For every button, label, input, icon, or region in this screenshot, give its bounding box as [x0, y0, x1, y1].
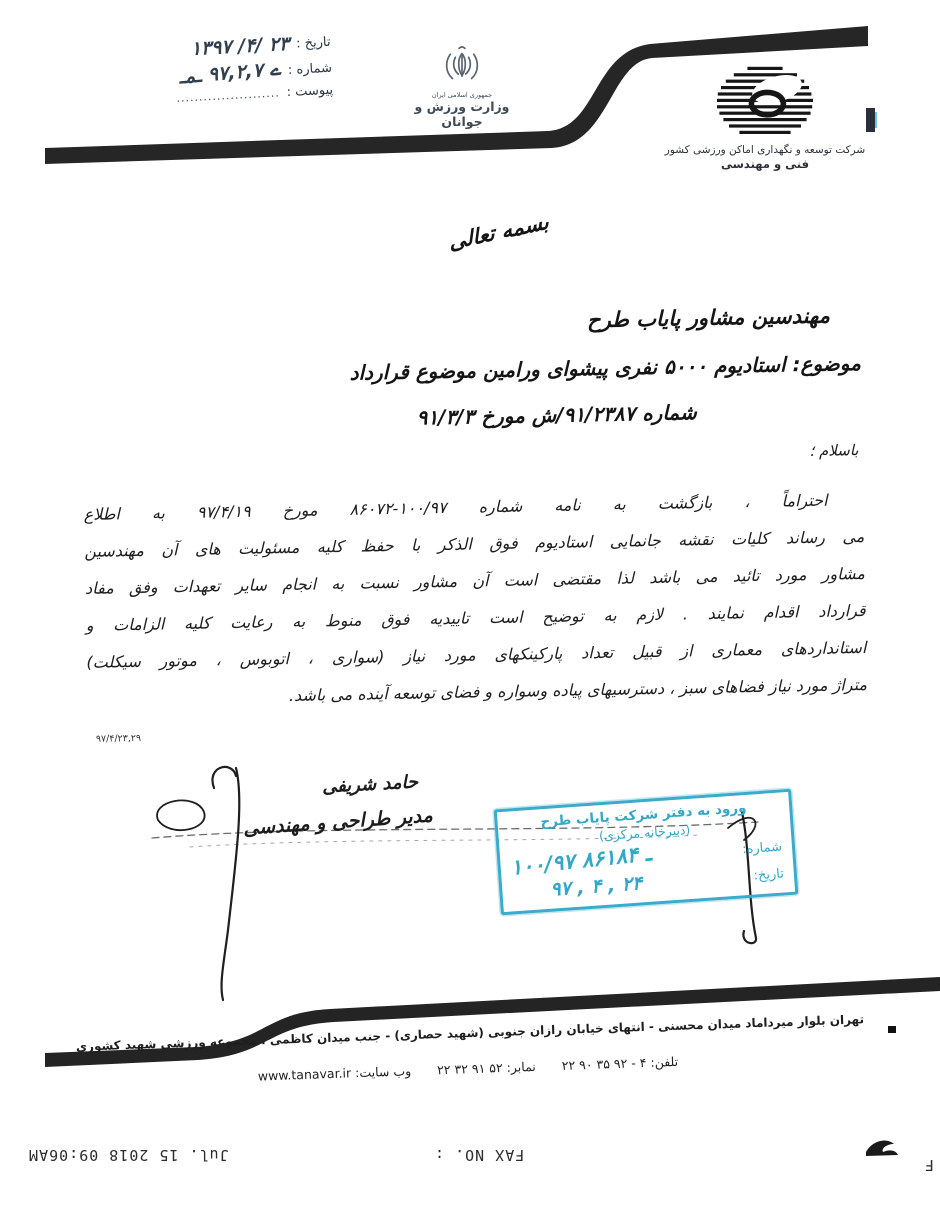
fax-scribble-mark — [866, 1141, 898, 1156]
scanned-letter-page: تاریخ : ۱۳۹۷ /۴/ ۲۳ شماره : ے ۹۷,۲,۷ ـمـ… — [0, 0, 940, 1228]
handwritten-margin-note: ۹۷/۴/۲۳,۲۹ — [96, 733, 141, 745]
recipient-line: مهندسین مشاور پایاب طرح — [587, 304, 830, 333]
phone-label: تلفن: — [650, 1054, 678, 1070]
stamp-date-value: ۹۷ , ۴ , ۲۴ — [550, 872, 643, 900]
subject-line-2: شماره ۹۱/۲۳۸۷/ش مورخ ۹۱/۳/۳ — [416, 400, 697, 429]
receipt-stamp: ورود به دفتر شرکت پایاب طرح (دبیرخانه مر… — [494, 789, 799, 916]
stamp-number-label: شماره: — [742, 839, 783, 857]
fax-value: ۲۲ ۳۲ ۹۱ ۵۲ — [437, 1060, 503, 1077]
body-paragraph: احتراماً ، بازگشت به نامه شماره ۱۰۰/۹۷-۸… — [83, 481, 867, 718]
fax-page-fragment: F — [924, 1156, 934, 1174]
salutation: باسلام ؛ — [809, 441, 858, 460]
fax-number-label: FAX NO. : — [434, 1146, 524, 1164]
website-label: وب سایت: — [355, 1063, 412, 1080]
stamp-date-label: تاریخ: — [753, 866, 784, 883]
fax-label: نمابر: — [506, 1059, 536, 1075]
letter-main: مهندسین مشاور پایاب طرح موضوع: استادیوم … — [0, 0, 940, 1016]
fax-timestamp: Jul. 15 2018 09:06AM — [28, 1146, 229, 1164]
scan-dot-mark — [888, 1026, 896, 1033]
phone-value: ۲۲ ۹۰ ۳۵ ۹۲ - ۴ — [561, 1055, 646, 1073]
subject-line-1: موضوع: استادیوم ۵۰۰۰ نفری پیشوای ورامین … — [349, 351, 861, 385]
